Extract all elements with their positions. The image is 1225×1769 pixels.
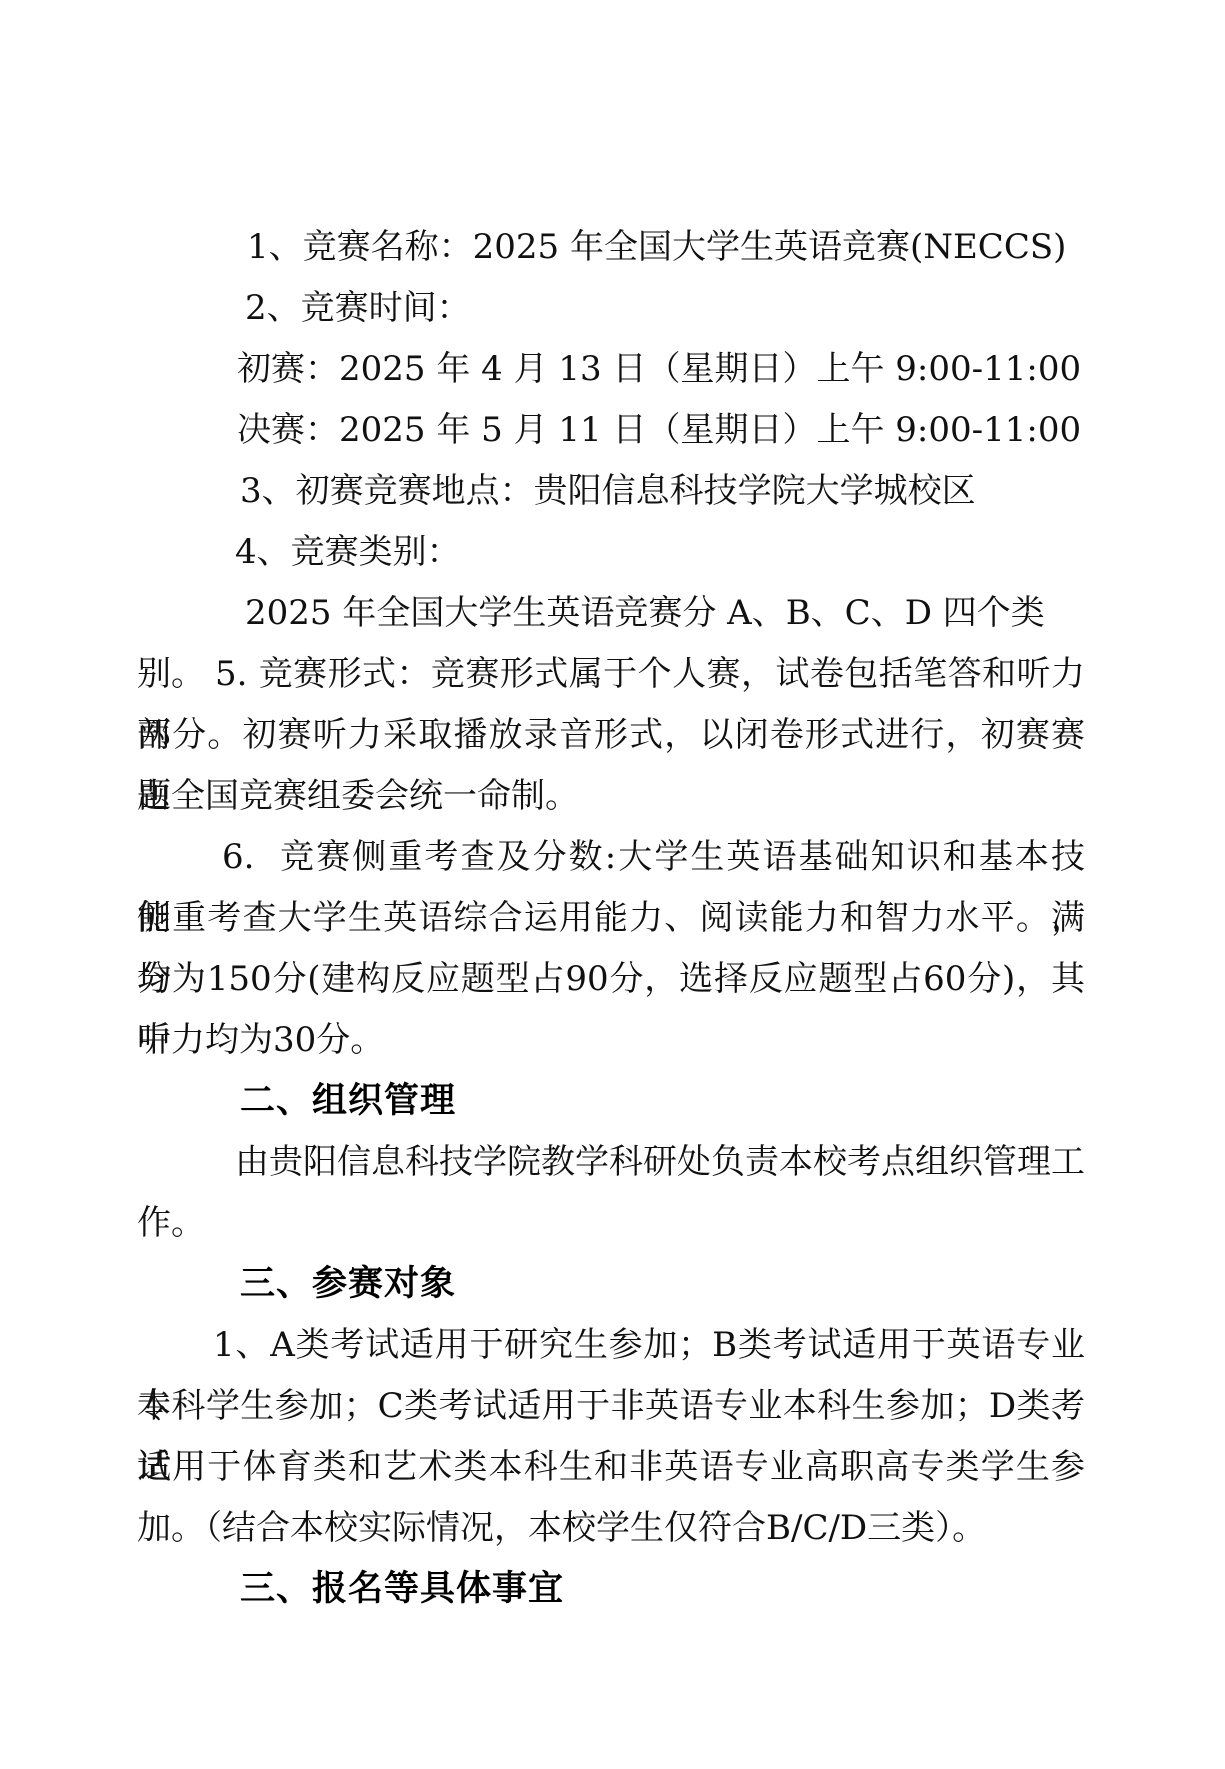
document-page: 1、竞赛名称：2025 年全国大学生英语竞赛(NECCS) 2、竞赛时间： 初赛… [0,0,1225,1769]
line-organization-1: 由贵阳信息科技学院教学科研处负责本校考点组织管理工 [137,1132,1085,1193]
line-format-3: 由全国竞赛组委会统一命制。 [137,766,1085,827]
line-format-1: 5. 竞赛形式：竞赛形式属于个人赛，试卷包括笔答和听力两 [137,644,1085,705]
line-preliminary-location: 3、初赛竞赛地点：贵阳信息科技学院大学城校区 [137,461,1085,522]
line-participants-1: 1、A类考试适用于研究生参加；B类考试适用于英语专业本、 [137,1315,1085,1376]
line-competition-name: 1、竞赛名称：2025 年全国大学生英语竞赛(NECCS) [137,217,1085,278]
line-participants-3: 适用于体育类和艺术类本科生和非英语专业高职高专类学生参 [137,1437,1085,1498]
heading-registration: 三、报名等具体事宜 [137,1559,1085,1620]
line-participants-2: 专科学生参加；C类考试适用于非英语专业本科生参加；D类考试 [137,1376,1085,1437]
document-body: 1、竞赛名称：2025 年全国大学生英语竞赛(NECCS) 2、竞赛时间： 初赛… [137,217,1085,1620]
line-competition-time: 2、竞赛时间： [137,278,1085,339]
line-scoring-3: 均为150分(建构反应题型占90分，选择反应题型占60分)，其中 [137,949,1085,1010]
heading-organization: 二、组织管理 [137,1071,1085,1132]
line-format-2: 部分。初赛听力采取播放录音形式，以闭卷形式进行，初赛赛题 [137,705,1085,766]
heading-participants: 三、参赛对象 [137,1254,1085,1315]
line-category-detail: 2025 年全国大学生英语竞赛分 A、B、C、D 四个类别。 [137,583,1085,644]
line-scoring-1: 6. 竞赛侧重考查及分数:大学生英语基础知识和基本技能， [137,827,1085,888]
line-organization-2: 作。 [137,1193,1085,1254]
line-category-label: 4、竞赛类别： [137,522,1085,583]
line-scoring-4: 听力均为30分。 [137,1010,1085,1071]
line-preliminary-time: 初赛：2025 年 4 月 13 日（星期日）上午 9:00-11:00 [137,339,1085,400]
line-participants-4: 加。（结合本校实际情况，本校学生仅符合B/C/D三类）。 [137,1498,1085,1559]
line-final-time: 决赛：2025 年 5 月 11 日（星期日）上午 9:00-11:00 [137,400,1085,461]
line-scoring-2: 侧重考查大学生英语综合运用能力、阅读能力和智力水平。满分 [137,888,1085,949]
